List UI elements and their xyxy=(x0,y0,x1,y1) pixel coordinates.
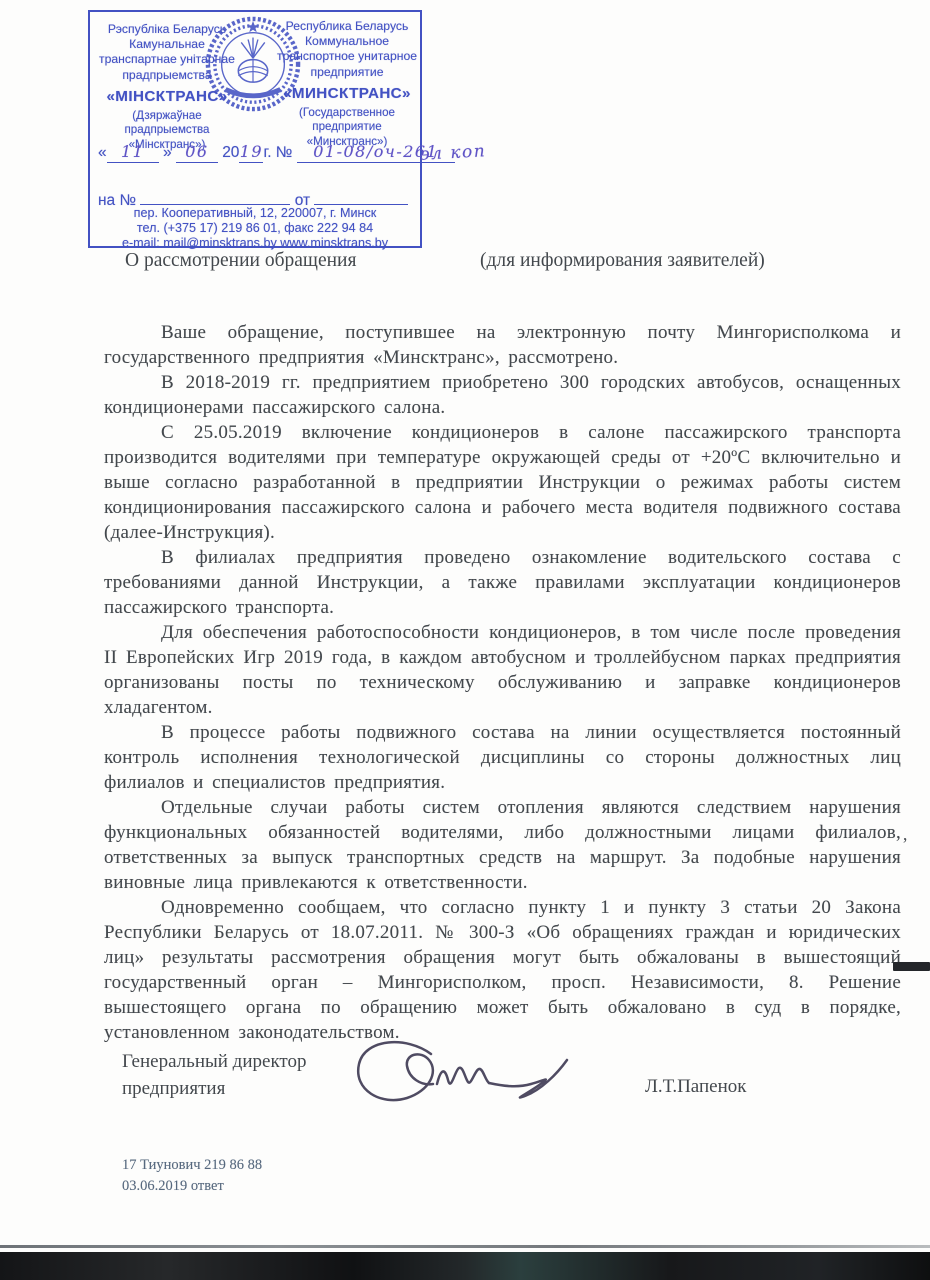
stamp-text-line: предприятие xyxy=(276,65,418,80)
year-suffix: г. № xyxy=(263,144,292,161)
body-paragraph: В процессе работы подвижного состава на … xyxy=(104,720,901,795)
executor-note: 17 Тиунович 219 86 88 03.06.2019 ответ xyxy=(122,1155,262,1197)
letter-body: Ваше обращение, поступившее на электронн… xyxy=(104,320,901,1045)
scan-artifact-band xyxy=(0,1252,930,1280)
quote-open: « xyxy=(98,144,107,161)
stamp-text-line: Коммунальное xyxy=(276,34,418,49)
subject-title: О рассмотрении обращения xyxy=(125,250,356,272)
scan-artifact-line xyxy=(0,1245,930,1248)
subject-note: (для информирования заявителей) xyxy=(480,250,765,272)
executor-contact: 17 Тиунович 219 86 88 xyxy=(122,1155,262,1176)
signature-icon xyxy=(345,1032,575,1117)
stamp-russian-column: Республика Беларусь Коммунальное транспо… xyxy=(276,12,418,149)
signer-position: Генеральный директор предприятия xyxy=(122,1048,306,1102)
body-paragraph: С 25.05.2019 включение кондиционеров в с… xyxy=(104,420,901,545)
stamp-text-line: Республика Беларусь xyxy=(276,19,418,34)
body-paragraph: Отдельные случаи работы систем отопления… xyxy=(104,795,901,895)
handwritten-day: 11 xyxy=(121,142,144,161)
quote-close: » xyxy=(163,144,172,161)
stamp-address-block: пер. Кооперативный, 12, 220007, г. Минск… xyxy=(90,206,420,252)
body-paragraph: Ваше обращение, поступившее на электронн… xyxy=(104,320,901,370)
stamp-text-line: транспортное унитарное xyxy=(276,49,418,64)
stamp-date-line: «11 » 06 2019г. № 01-08/оч-261 xyxy=(98,142,416,163)
response-date: 03.06.2019 ответ xyxy=(122,1176,262,1197)
handwritten-month: 06 xyxy=(185,142,208,161)
body-paragraph: В филиалах предприятия проведено ознаком… xyxy=(104,545,901,620)
signer-name: Л.Т.Папенок xyxy=(645,1076,747,1098)
company-name-ru: «МИНСКТРАНС» xyxy=(276,85,418,103)
stamp-text-line: (Государственное предприятие xyxy=(276,106,418,135)
stray-pen-mark: ’ xyxy=(902,834,908,855)
phone-line: тел. (+375 17) 219 86 01, факс 222 94 84 xyxy=(90,221,420,236)
address-line: пер. Кооперативный, 12, 220007, г. Минск xyxy=(90,206,420,221)
document-page: Рэспубліка Беларусь Камунальнае транспар… xyxy=(0,0,930,1280)
letterhead-stamp: Рэспубліка Беларусь Камунальнае транспар… xyxy=(88,10,422,248)
scan-edge-mark xyxy=(893,962,930,971)
handwritten-year: 19 xyxy=(240,142,263,161)
signer-position-line: Генеральный директор xyxy=(122,1048,306,1075)
body-paragraph: Одновременно сообщаем, что согласно пунк… xyxy=(104,895,901,1045)
year-prefix: 20 xyxy=(222,144,239,161)
body-paragraph: Для обеспечения работоспособности кондиц… xyxy=(104,620,901,720)
body-paragraph: В 2018-2019 гг. предприятием приобретено… xyxy=(104,370,901,420)
signer-position-line: предприятия xyxy=(122,1075,306,1102)
stamp-text-line: (Дзяржаўнае прадпрыемства xyxy=(92,109,242,138)
handwritten-annotation: эл коп xyxy=(420,135,601,164)
